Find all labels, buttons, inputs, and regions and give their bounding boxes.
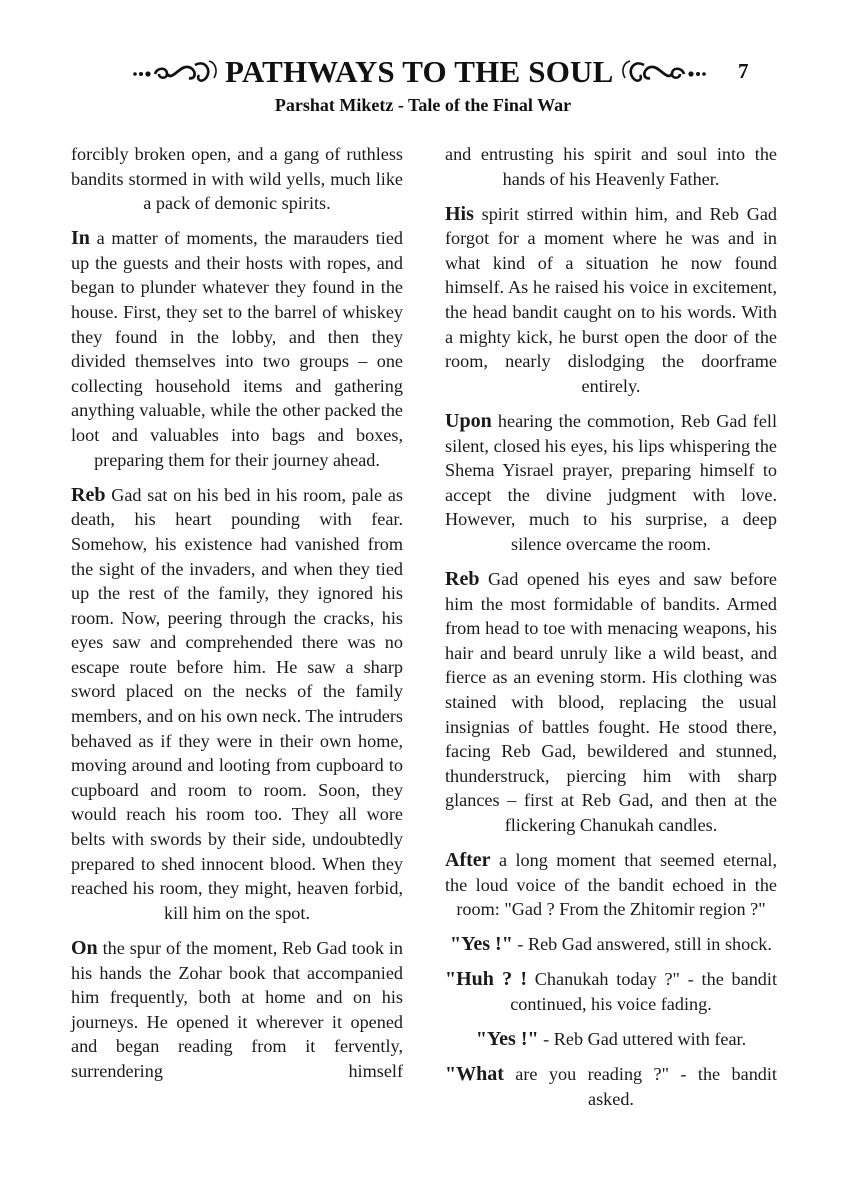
paragraph-text: Gad sat on his bed in his room, pale as … xyxy=(71,485,403,923)
paragraph: Upon hearing the commotion, Reb Gad fell… xyxy=(445,409,777,557)
paragraph-text: spirit stirred within him, and Reb Gad f… xyxy=(445,204,777,396)
paragraph-text: hearing the commotion, Reb Gad fell sile… xyxy=(445,411,777,554)
paragraph-text: - Reb Gad uttered with fear. xyxy=(539,1029,747,1049)
paragraph: forcibly broken open, and a gang of ruth… xyxy=(71,142,403,216)
paragraph-text: Chanukah today ?" - the bandit continued… xyxy=(510,969,777,1014)
paragraph-text: the spur of the moment, Reb Gad took in … xyxy=(71,938,403,1081)
paragraph-lead: His xyxy=(445,203,474,225)
paragraph-lead: Reb xyxy=(445,568,479,590)
paragraph: His spirit stirred within him, and Reb G… xyxy=(445,202,777,399)
paragraph-text: Gad opened his eyes and saw before him t… xyxy=(445,569,777,835)
paragraph-lead: In xyxy=(71,227,90,249)
paragraph-text: a long moment that seemed eternal, the l… xyxy=(445,850,777,919)
paragraph: Reb Gad opened his eyes and saw before h… xyxy=(445,567,777,838)
paragraph-text: and entrusting his spirit and soul into … xyxy=(445,144,777,189)
paragraph-lead: "Yes !" xyxy=(476,1028,539,1050)
paragraph-text: a matter of moments, the marauders tied … xyxy=(71,228,403,469)
paragraph: In a matter of moments, the marauders ti… xyxy=(71,226,403,472)
paragraph: "Yes !" - Reb Gad answered, still in sho… xyxy=(445,932,777,957)
paragraph-text: are you reading ?" - the bandit asked. xyxy=(504,1064,777,1109)
paragraph-lead: "What xyxy=(445,1063,504,1085)
page-header: PATHWAYS TO THE SOUL 7 xyxy=(0,52,846,92)
flourish-right-icon xyxy=(618,57,708,87)
paragraph: "What are you reading ?" - the bandit as… xyxy=(445,1062,777,1111)
paragraph: Reb Gad sat on his bed in his room, pale… xyxy=(71,483,403,926)
paragraph: "Yes !" - Reb Gad uttered with fear. xyxy=(445,1027,777,1052)
paragraph-text: forcibly broken open, and a gang of ruth… xyxy=(71,144,403,213)
paragraph-lead: Upon xyxy=(445,410,492,432)
paragraph: After a long moment that seemed eternal,… xyxy=(445,848,777,922)
book-title: PATHWAYS TO THE SOUL xyxy=(225,52,614,92)
chapter-subtitle: Parshat Miketz - Tale of the Final War xyxy=(0,93,846,117)
paragraph-lead: Reb xyxy=(71,484,105,506)
flourish-left-icon xyxy=(131,57,221,87)
paragraph-text: - Reb Gad answered, still in shock. xyxy=(513,934,772,954)
paragraph-lead: On xyxy=(71,937,98,959)
paragraph: "Huh ? ! Chanukah today ?" - the bandit … xyxy=(445,967,777,1016)
paragraph-lead: "Yes !" xyxy=(450,933,513,955)
paragraph: On the spur of the moment, Reb Gad took … xyxy=(71,936,403,1084)
header-title-row: PATHWAYS TO THE SOUL xyxy=(131,52,708,92)
page-number: 7 xyxy=(738,56,749,86)
paragraph-lead: After xyxy=(445,849,491,871)
paragraph: and entrusting his spirit and soul into … xyxy=(445,142,777,191)
right-column: and entrusting his spirit and soul into … xyxy=(445,142,777,1122)
left-column: forcibly broken open, and a gang of ruth… xyxy=(71,142,403,1094)
paragraph-lead: "Huh ? ! xyxy=(445,968,527,990)
